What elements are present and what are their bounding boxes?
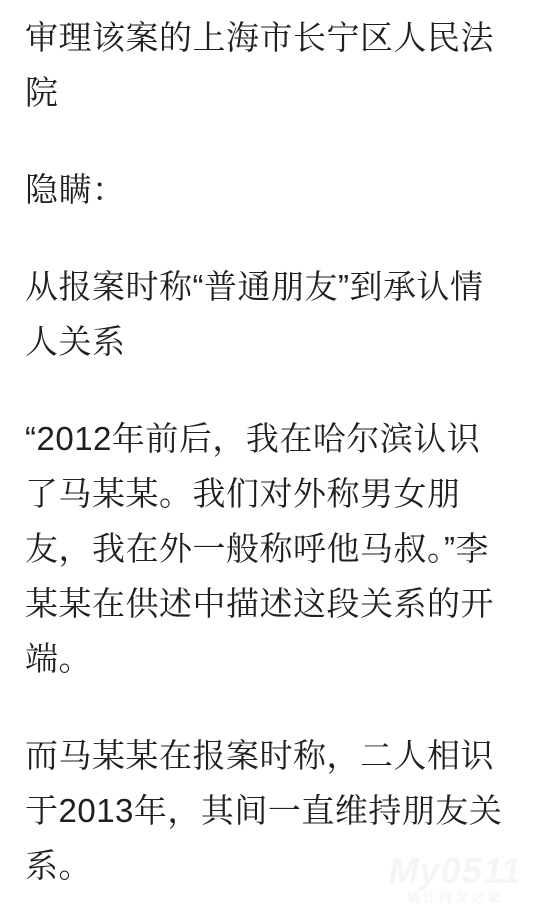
paragraph-subheading: 从报案时称“普通朋友”到承认情 人关系: [25, 259, 520, 369]
paragraph-conceal-label: 隐瞒：: [25, 162, 520, 217]
article-page: 审理该案的上海市长宁区人民法 院 隐瞒： 从报案时称“普通朋友”到承认情 人关系…: [0, 0, 540, 909]
paragraph-report-2013: 而马某某在报案时称，二人相识 于2013年，其间一直维持朋友关 系。: [25, 728, 520, 893]
paragraph-court: 审理该案的上海市长宁区人民法 院: [25, 10, 520, 120]
paragraph-quote-2012: “2012年前后，我在哈尔滨认识 了马某某。我们对外称男女朋 友，我在外一般称呼…: [25, 411, 520, 686]
